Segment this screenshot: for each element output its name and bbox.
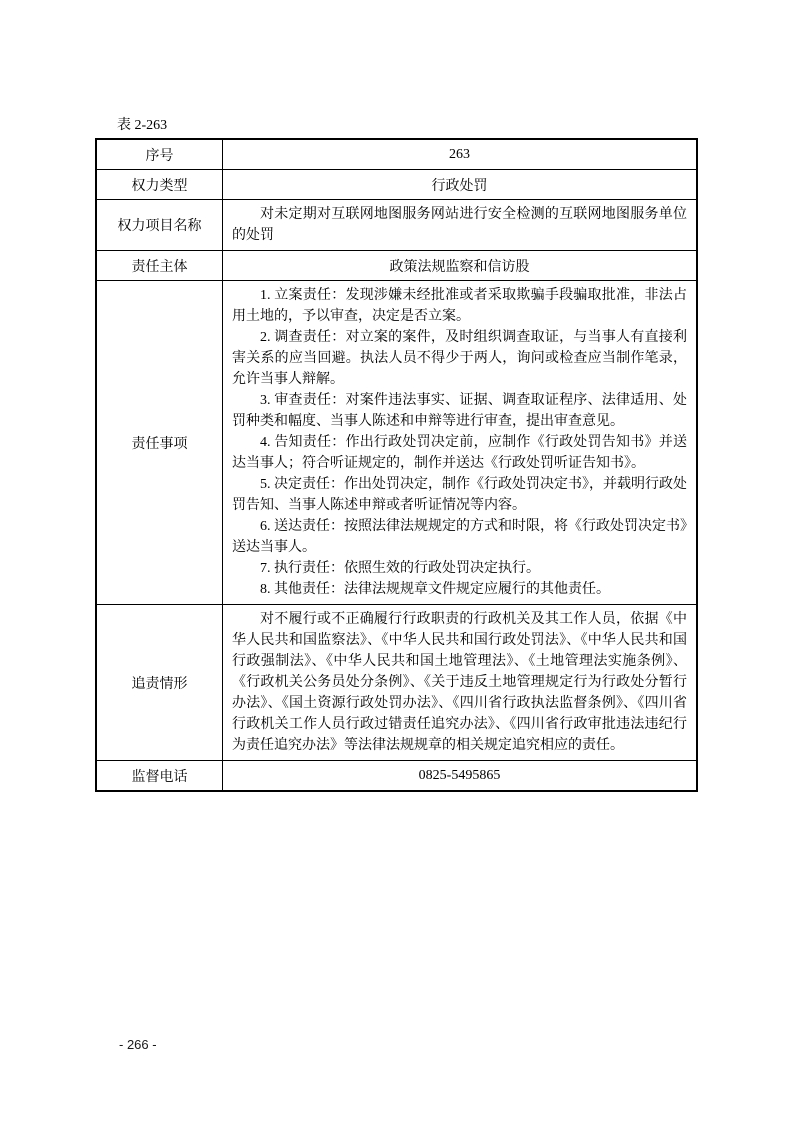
power-responsibility-table: 序号 263 权力类型 行政处罚 权力项目名称 对未定期对互联网地图服务网站进行… [95,138,698,792]
serial-label: 序号 [97,140,223,169]
accountability-value: 对不履行或不正确履行行政职责的行政机关及其工作人员，依据《中华人民共和国监察法》… [223,605,696,760]
accountability-text: 对不履行或不正确履行行政职责的行政机关及其工作人员，依据《中华人民共和国监察法》… [232,609,687,756]
duty-item-6: 6. 送达责任：按照法律法规规定的方式和时限，将《行政处罚决定书》送达当事人。 [232,516,687,558]
power-item-name-text: 对未定期对互联网地图服务网站进行安全检测的互联网地图服务单位的处罚 [232,204,687,246]
duty-item-2: 2. 调查责任：对立案的案件，及时组织调查取证，与当事人有直接利害关系的应当回避… [232,327,687,390]
page-number: - 266 - [119,1037,157,1052]
duty-item-8: 8. 其他责任：法律法规规章文件规定应履行的其他责任。 [232,579,687,600]
duty-item-3: 3. 审查责任：对案件违法事实、证据、调查取证程序、法律适用、处罚种类和幅度、当… [232,390,687,432]
row-accountability: 追责情形 对不履行或不正确履行行政职责的行政机关及其工作人员，依据《中华人民共和… [97,605,696,761]
document-page: 表 2-263 序号 263 权力类型 行政处罚 权力项目名称 对未定期对互联网… [0,0,793,1122]
supervision-phone-label: 监督电话 [97,761,223,790]
responsible-entity-value: 政策法规监察和信访股 [223,251,696,280]
duty-item-1: 1. 立案责任：发现涉嫌未经批准或者采取欺骗手段骗取批准，非法占用土地的，予以审… [232,285,687,327]
row-supervision-phone: 监督电话 0825-5495865 [97,761,696,790]
power-type-label: 权力类型 [97,170,223,199]
serial-value: 263 [223,140,696,169]
row-power-type: 权力类型 行政处罚 [97,170,696,200]
row-responsible-entity: 责任主体 政策法规监察和信访股 [97,251,696,281]
row-power-item-name: 权力项目名称 对未定期对互联网地图服务网站进行安全检测的互联网地图服务单位的处罚 [97,200,696,251]
power-item-name-value: 对未定期对互联网地图服务网站进行安全检测的互联网地图服务单位的处罚 [223,200,696,250]
power-type-value: 行政处罚 [223,170,696,199]
duty-matters-label: 责任事项 [97,281,223,604]
supervision-phone-value: 0825-5495865 [223,761,696,790]
responsible-entity-label: 责任主体 [97,251,223,280]
duty-matters-value: 1. 立案责任：发现涉嫌未经批准或者采取欺骗手段骗取批准，非法占用土地的，予以审… [223,281,696,604]
power-item-name-label: 权力项目名称 [97,200,223,250]
duty-item-5: 5. 决定责任：作出处罚决定，制作《行政处罚决定书》，并载明行政处罚告知、当事人… [232,474,687,516]
row-duty-matters: 责任事项 1. 立案责任：发现涉嫌未经批准或者采取欺骗手段骗取批准，非法占用土地… [97,281,696,605]
accountability-label: 追责情形 [97,605,223,760]
row-serial: 序号 263 [97,140,696,170]
duty-item-7: 7. 执行责任：依照生效的行政处罚决定执行。 [232,558,687,579]
table-caption: 表 2-263 [117,117,167,135]
duty-item-4: 4. 告知责任：作出行政处罚决定前，应制作《行政处罚告知书》并送达当事人；符合听… [232,432,687,474]
